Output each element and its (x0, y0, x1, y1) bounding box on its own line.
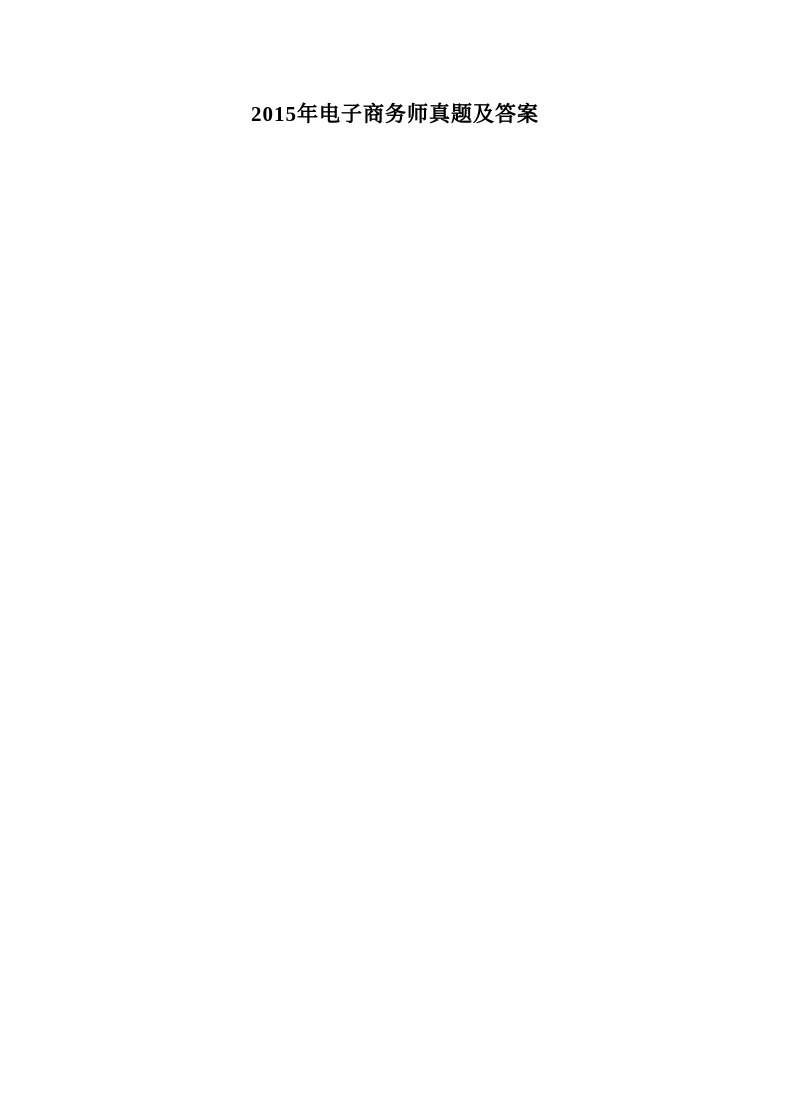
option-list: A.按照原则办事 B.墨守成规 C.不计个人得失 D.不徇私情 (0, 911, 790, 995)
option-row: C.可编程 ROM（PROM） (0, 326, 790, 347)
option-row: C.数据 (0, 222, 790, 243)
option-row: C.态度恭敬 (0, 744, 790, 765)
option-list: A.WinZip 不是中文软件 B.WinZip 可以不用打开资源管理器而进行压… (0, 493, 790, 577)
question-block: 8、办事公道的具体要求不包括（1分） A.按照原则办事 B.墨守成规 C.不计个… (0, 890, 790, 994)
question-line: 3、（ ）是最基本的系统软件，它直接运行在计算机硬件之上。（1分） (0, 368, 790, 389)
option-row: D.明确的规定性 (0, 660, 790, 681)
option-list: A.高度的强制性 B.普适性 C.自愿性 D.明确的规定性 (0, 598, 790, 682)
question-line: 9、下列关于勤劳节俭的论述中，正确的选项是（ ）。（1分） (0, 995, 790, 1016)
option-list: A.随机存储器（RAM） B.只读存储器（ROM） C.可编程 ROM（PROM… (0, 284, 790, 368)
question-block: 9、下列关于勤劳节俭的论述中，正确的选项是（ ）。（1分） (0, 995, 790, 1016)
option-row: A.创新就是“拿来主义” (0, 807, 790, 828)
option-row: D.操作系统 (0, 451, 790, 472)
question-block: 5、职业纪律是企业的行为规范，职业纪律具有（ ）的特点。（1分） A.高度的强制… (0, 577, 790, 681)
option-row: B.WinZip 可以不用打开资源管理器而进行压缩/解压缩 (0, 514, 790, 535)
option-row: A.行为夸张 (0, 702, 790, 723)
question-line: 7、关于创新的论述，正确的是（1分） (0, 786, 790, 807)
question-block: 4、下面关于压缩软件 WinZip 的叙述，哪一项是错误的？（1分） A.Win… (0, 472, 790, 576)
option-row: B.服务程序 (0, 410, 790, 431)
option-row: C.创新就是否定常规 (0, 848, 790, 869)
question-block: 1、系统总线按信号类型分成三类，分别称为（ ）总线、地址总线和控制总线。（1分）… (0, 159, 790, 263)
question-block: 3、（ ）是最基本的系统软件，它直接运行在计算机硬件之上。（1分） A.数据库系… (0, 368, 790, 472)
question-block: 7、关于创新的论述，正确的是（1分） A.创新就是“拿来主义” B.创新要敢于标… (0, 786, 790, 890)
option-row: A.数据库系统 (0, 389, 790, 410)
option-row: B.基本 (0, 201, 790, 222)
option-row: B.创新要敢于标新立异，善于大胆设想 (0, 828, 790, 849)
option-row: B.形象庄重 (0, 723, 790, 744)
option-row: D.表情从容 (0, 765, 790, 786)
option-row: C.语言处理程序 (0, 431, 790, 452)
question-line: 4、下面关于压缩软件 WinZip 的叙述，哪一项是错误的？（1分） (0, 472, 790, 493)
option-row: C.不计个人得失 (0, 953, 790, 974)
option-list: A.创新就是“拿来主义” B.创新要敢于标新立异，善于大胆设想 C.创新就是否定… (0, 807, 790, 891)
page-title: 2015年电子商务师真题及答案 (0, 0, 790, 128)
option-row: D.WinZip 是一个免费的上传软件 (0, 556, 790, 577)
option-row: D.电流 (0, 243, 790, 264)
option-row: D.可擦去可编程 ROM（EPROM） (0, 347, 790, 368)
option-row: C.自愿性 (0, 639, 790, 660)
question-line: 6、在商业活动中，不符合举止合体要求的是（1分） (0, 681, 790, 702)
option-row: D.创新就是独立自主 (0, 869, 790, 890)
option-row: A.随机存储器（RAM） (0, 284, 790, 305)
option-row: A.消息 (0, 180, 790, 201)
question-block: 6、在商业活动中，不符合举止合体要求的是（1分） A.行为夸张 B.形象庄重 C… (0, 681, 790, 785)
option-row: A.WinZip 不是中文软件 (0, 493, 790, 514)
question-line: 1、系统总线按信号类型分成三类，分别称为（ ）总线、地址总线和控制总线。（1分） (0, 159, 790, 180)
question-line: 8、办事公道的具体要求不包括（1分） (0, 890, 790, 911)
option-list: A.行为夸张 B.形象庄重 C.态度恭敬 D.表情从容 (0, 702, 790, 786)
question-line: 2、常用内存条指的是（ ）。（1分） (0, 263, 790, 284)
option-row: A.按照原则办事 (0, 911, 790, 932)
option-list: A.数据库系统 B.服务程序 C.语言处理程序 D.操作系统 (0, 389, 790, 473)
option-row: B.墨守成规 (0, 932, 790, 953)
option-row: B.普适性 (0, 619, 790, 640)
question-block: 2、常用内存条指的是（ ）。（1分） A.随机存储器（RAM） B.只读存储器（… (0, 263, 790, 367)
question-line: 5、职业纪律是企业的行为规范，职业纪律具有（ ）的特点。（1分） (0, 577, 790, 598)
option-row: B.只读存储器（ROM） (0, 305, 790, 326)
option-row: D.不徇私情 (0, 974, 790, 995)
option-row: A.高度的强制性 (0, 598, 790, 619)
option-list: A.消息 B.基本 C.数据 D.电流 (0, 180, 790, 264)
question-list: 1、系统总线按信号类型分成三类，分别称为（ ）总线、地址总线和控制总线。（1分）… (0, 159, 790, 1016)
document-page: 2015年电子商务师真题及答案 1、系统总线按信号类型分成三类，分别称为（ ）总… (0, 0, 790, 1119)
option-row: C.WinZip 支持 ZIP、CAB、TAR、GZIP、MIME 等格式的压缩… (0, 535, 790, 556)
